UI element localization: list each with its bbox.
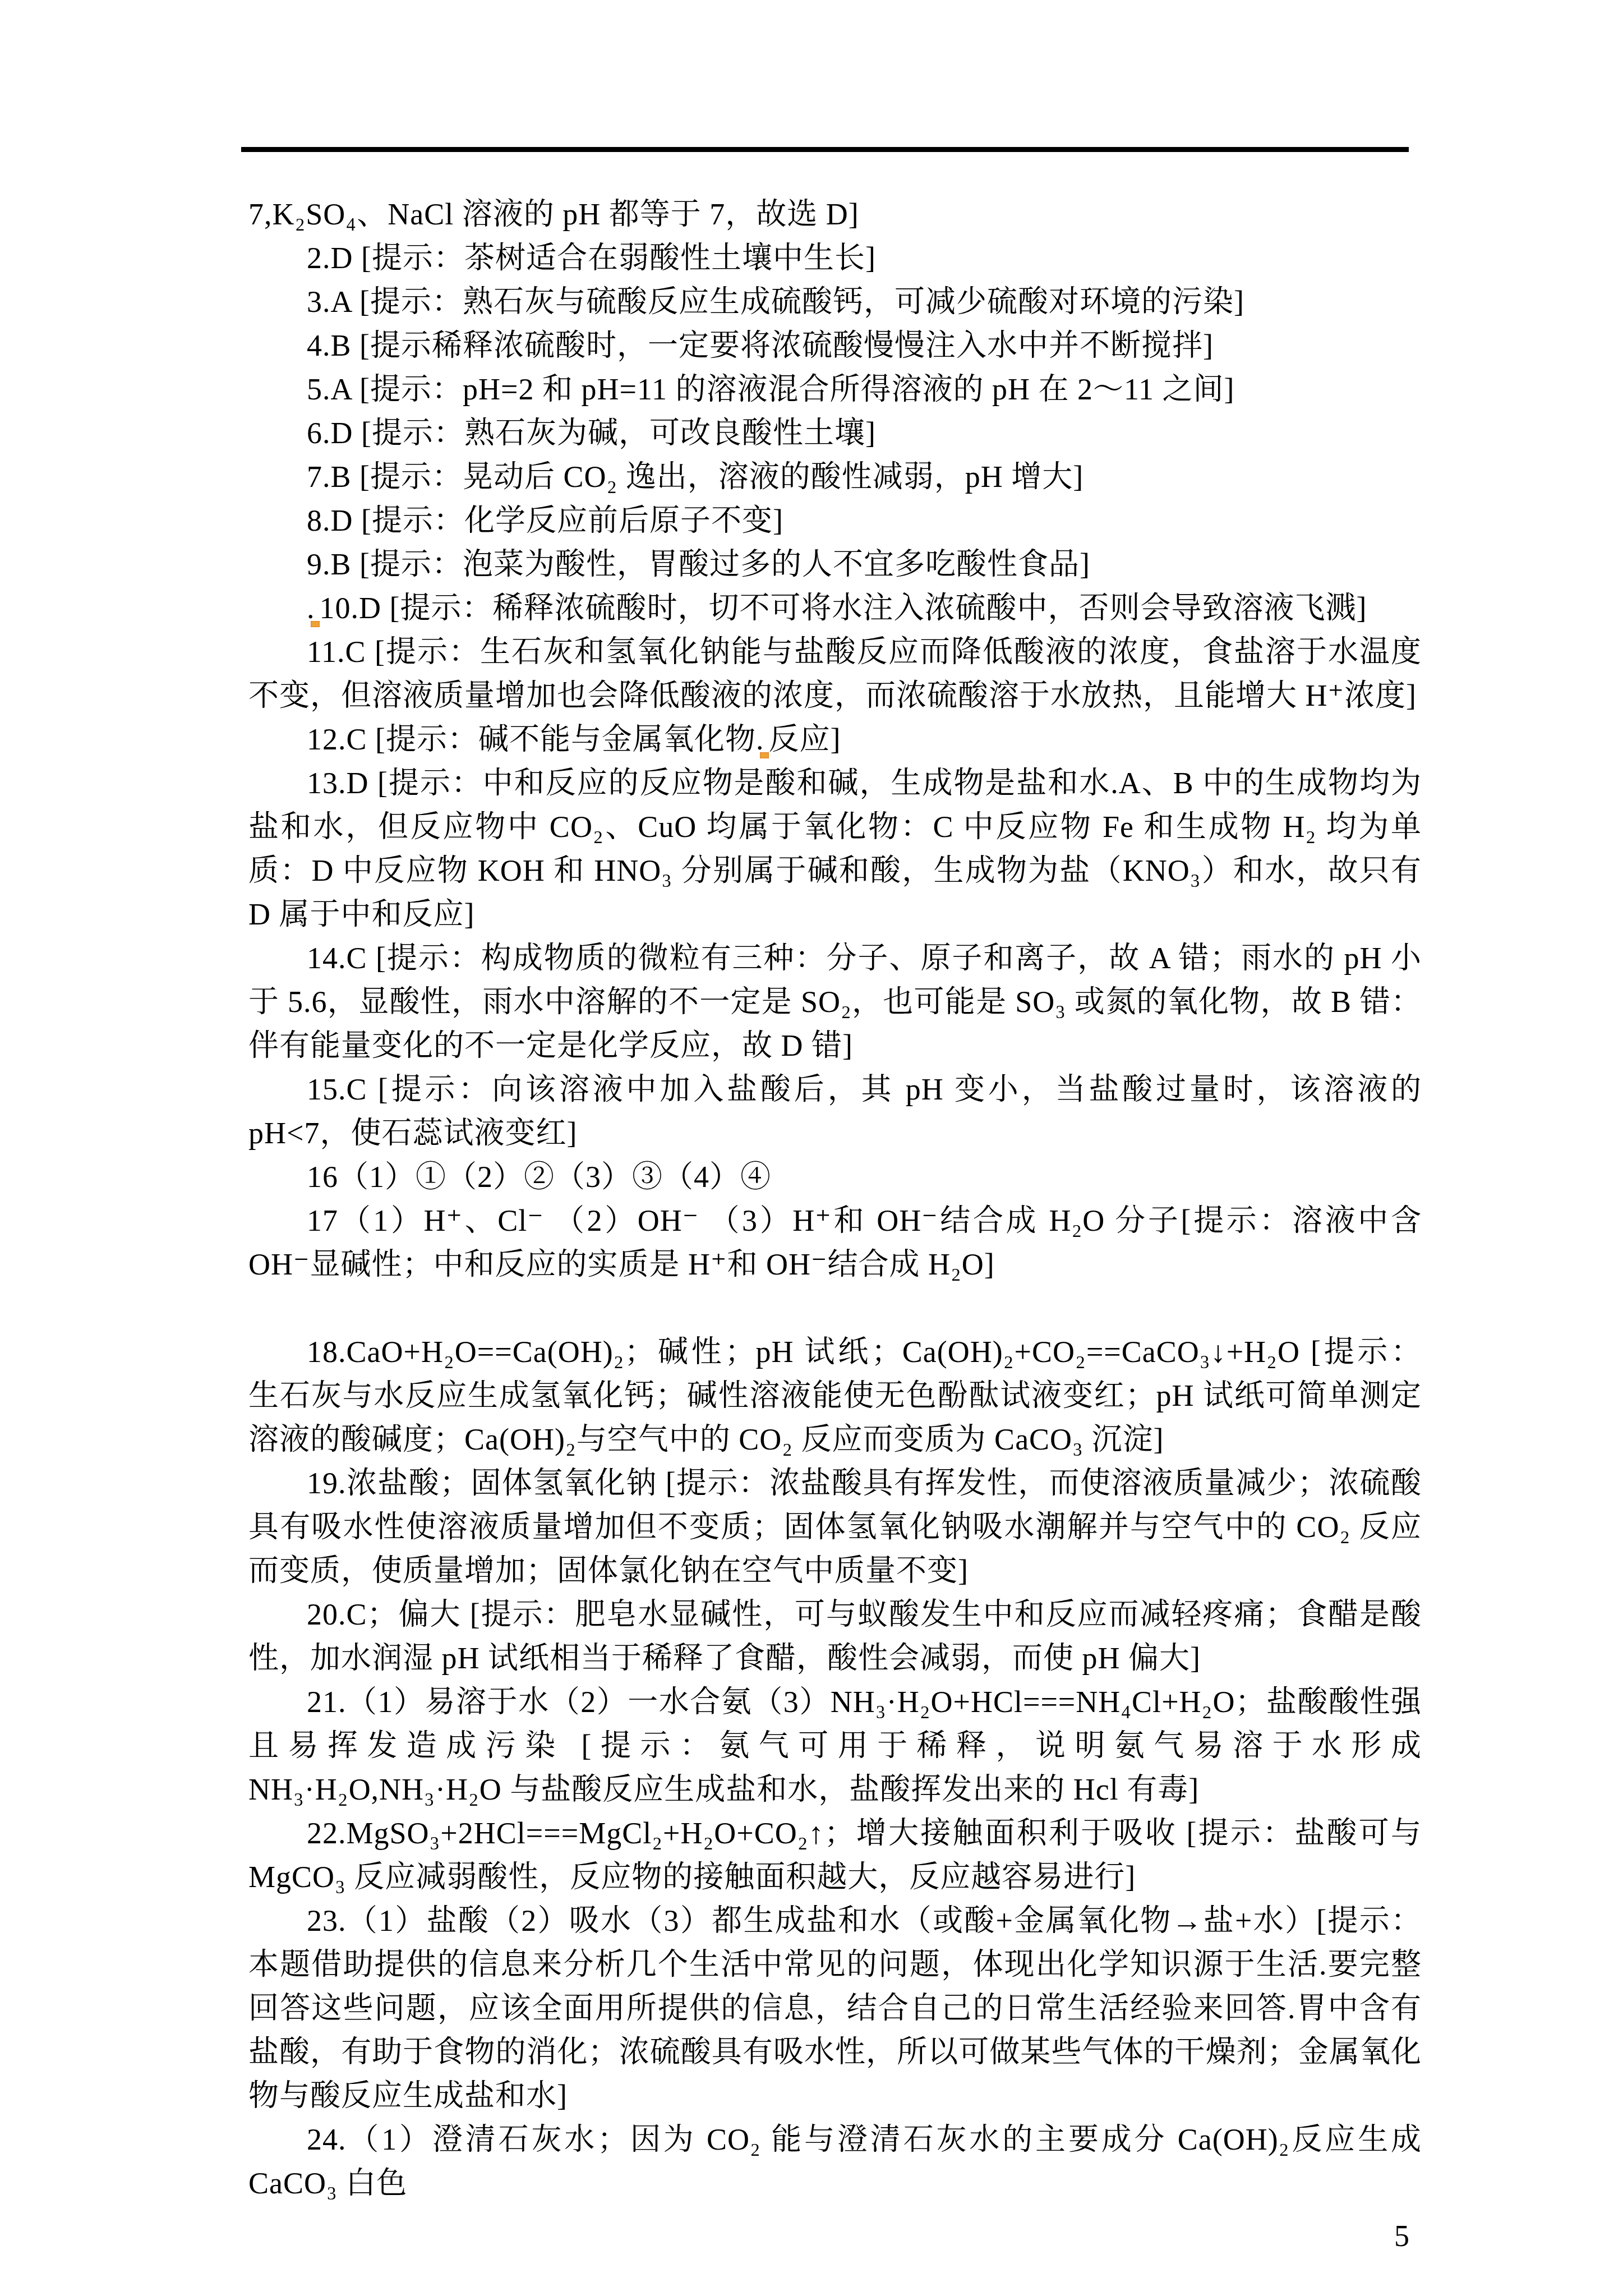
text-run: 4.B [提示稀释浓硫酸时，一定要将浓硫酸慢慢注入水中并不断搅拌] <box>307 329 1214 362</box>
text-run: 20.C；偏大 [提示：肥皂水显碱性，可与蚁酸发生中和反应而减轻疼痛；食醋是酸性… <box>248 1598 1422 1675</box>
answer-paragraph: 20.C；偏大 [提示：肥皂水显碱性，可与蚁酸发生中和反应而减轻疼痛；食醋是酸性… <box>248 1593 1422 1680</box>
document-page: 7,K₂SO₄、NaCl 溶液的 pH 都等于 7，故选 D]2.D [提示：茶… <box>0 0 1623 2296</box>
text-run: 9.B [提示：泡菜为酸性，胃酸过多的人不宜多吃酸性食品] <box>307 547 1090 581</box>
answer-paragraph: 3.A [提示：熟石灰与硫酸反应生成硫酸钙，可减少硫酸对环境的污染] <box>248 280 1422 324</box>
text-run: 14.C [提示：构成物质的微粒有三种：分子、原子和离子，故 A 错；雨水的 p… <box>248 941 1422 1062</box>
text-run: 11.C [提示：生石灰和氢氧化钠能与盐酸反应而降低酸液的浓度，食盐溶于水温度不… <box>248 635 1422 712</box>
answer-paragraph: 23.（1）盐酸（2）吸水（3）都生成盐和水（或酸+金属氧化物→盐+水）[提示：… <box>248 1899 1422 2118</box>
text-run: 23.（1）盐酸（2）吸水（3）都生成盐和水（或酸+金属氧化物→盐+水）[提示：… <box>248 1904 1422 2113</box>
text-run: 5.A [提示：pH=2 和 pH=11 的溶液混合所得溶液的 pH 在 2～1… <box>307 372 1234 406</box>
answer-paragraph: 15.C [提示：向该溶液中加入盐酸后，其 pH 变小，当盐酸过量时，该溶液的 … <box>248 1068 1422 1155</box>
page-number: 5 <box>1394 2219 1409 2253</box>
text-run: 19.浓盐酸；固体氢氧化钠 [提示：浓盐酸具有挥发性，而使溶液质量减少；浓硫酸具… <box>248 1466 1422 1588</box>
answer-paragraph: 5.A [提示：pH=2 和 pH=11 的溶液混合所得溶液的 pH 在 2～1… <box>248 367 1422 411</box>
text-run: 10.D [提示：稀释浓硫酸时，切不可将水注入浓硫酸中，否则会导致溶液飞溅] <box>320 591 1367 625</box>
answer-paragraph: 19.浓盐酸；固体氢氧化钠 [提示：浓盐酸具有挥发性，而使溶液质量减少；浓硫酸具… <box>248 1461 1422 1593</box>
text-run: 7,K₂SO₄、NaCl 溶液的 pH 都等于 7，故选 D] <box>248 197 859 231</box>
answer-paragraph: 17（1）H⁺、Cl⁻ （2）OH⁻ （3）H⁺和 OH⁻结合成 H₂O 分子[… <box>248 1199 1422 1286</box>
text-run: 3.A [提示：熟石灰与硫酸反应生成硫酸钙，可减少硫酸对环境的污染] <box>307 285 1244 319</box>
answer-paragraph: 21.（1）易溶于水（2）一水合氨（3）NH₃·H₂O+HCl===NH₄Cl+… <box>248 1680 1422 1811</box>
text-run: 6.D [提示：熟石灰为碱，可改良酸性土壤] <box>307 416 876 450</box>
text-run: 22.MgSO₃+2HCl===MgCl₂+H₂O+CO₂↑；增大接触面积利于吸… <box>248 1816 1422 1894</box>
text-run: 7.B [提示：晃动后 CO₂ 逸出，溶液的酸性减弱，pH 增大] <box>307 460 1083 494</box>
answer-paragraph: 4.B [提示稀释浓硫酸时，一定要将浓硫酸慢慢注入水中并不断搅拌] <box>248 324 1422 367</box>
text-run: 2.D [提示：茶树适合在弱酸性土壤中生长] <box>307 241 876 275</box>
text-run: . <box>307 591 315 625</box>
answer-paragraph: 7,K₂SO₄、NaCl 溶液的 pH 都等于 7，故选 D] <box>248 192 1422 236</box>
header-rule <box>241 147 1409 152</box>
highlight-mark <box>760 752 769 758</box>
text-run: 21.（1）易溶于水（2）一水合氨（3）NH₃·H₂O+HCl===NH₄Cl+… <box>248 1685 1422 1806</box>
text-run: 17（1）H⁺、Cl⁻ （2）OH⁻ （3）H⁺和 OH⁻结合成 H₂O 分子[… <box>248 1204 1422 1281</box>
answer-paragraph: 24.（1）澄清石灰水；因为 CO₂ 能与澄清石灰水的主要成分 Ca(OH)₂反… <box>248 2118 1422 2205</box>
text-run: 15.C [提示：向该溶液中加入盐酸后，其 pH 变小，当盐酸过量时，该溶液的 … <box>248 1073 1422 1150</box>
answer-paragraph: 18.CaO+H₂O==Ca(OH)₂；碱性；pH 试纸；Ca(OH)₂+CO₂… <box>248 1330 1422 1461</box>
text-run: 反应] <box>769 723 841 756</box>
answer-paragraph: 14.C [提示：构成物质的微粒有三种：分子、原子和离子，故 A 错；雨水的 p… <box>248 936 1422 1068</box>
text-run: 18.CaO+H₂O==Ca(OH)₂；碱性；pH 试纸；Ca(OH)₂+CO₂… <box>248 1335 1422 1456</box>
text-run: 12.C [提示：碱不能与金属氧化物. <box>307 723 764 756</box>
answer-paragraph: 2.D [提示：茶树适合在弱酸性土壤中生长] <box>248 236 1422 280</box>
answer-paragraph: 6.D [提示：熟石灰为碱，可改良酸性土壤] <box>248 411 1422 455</box>
text-run: 24.（1）澄清石灰水；因为 CO₂ 能与澄清石灰水的主要成分 Ca(OH)₂反… <box>248 2123 1422 2200</box>
highlight-mark <box>311 621 320 627</box>
answer-text-block: 7,K₂SO₄、NaCl 溶液的 pH 都等于 7，故选 D]2.D [提示：茶… <box>248 192 1422 2205</box>
answer-paragraph: 16（1）①（2）②（3）③（4）④ <box>248 1155 1422 1199</box>
answer-paragraph: 12.C [提示：碱不能与金属氧化物.反应] <box>248 717 1422 761</box>
text-run: 16（1）①（2）②（3）③（4）④ <box>307 1160 771 1194</box>
text-run: 13.D [提示：中和反应的反应物是酸和碱，生成物是盐和水.A、B 中的生成物均… <box>248 766 1422 931</box>
answer-paragraph: 13.D [提示：中和反应的反应物是酸和碱，生成物是盐和水.A、B 中的生成物均… <box>248 761 1422 936</box>
answer-paragraph: .10.D [提示：稀释浓硫酸时，切不可将水注入浓硫酸中，否则会导致溶液飞溅] <box>248 586 1422 630</box>
text-run: 8.D [提示：化学反应前后原子不变] <box>307 504 783 537</box>
answer-paragraph: 9.B [提示：泡菜为酸性，胃酸过多的人不宜多吃酸性食品] <box>248 542 1422 586</box>
answer-paragraph: 22.MgSO₃+2HCl===MgCl₂+H₂O+CO₂↑；增大接触面积利于吸… <box>248 1811 1422 1899</box>
answer-paragraph: 8.D [提示：化学反应前后原子不变] <box>248 499 1422 542</box>
paragraph-spacer <box>248 1286 1422 1330</box>
answer-paragraph: 11.C [提示：生石灰和氢氧化钠能与盐酸反应而降低酸液的浓度，食盐溶于水温度不… <box>248 630 1422 717</box>
answer-paragraph: 7.B [提示：晃动后 CO₂ 逸出，溶液的酸性减弱，pH 增大] <box>248 455 1422 499</box>
